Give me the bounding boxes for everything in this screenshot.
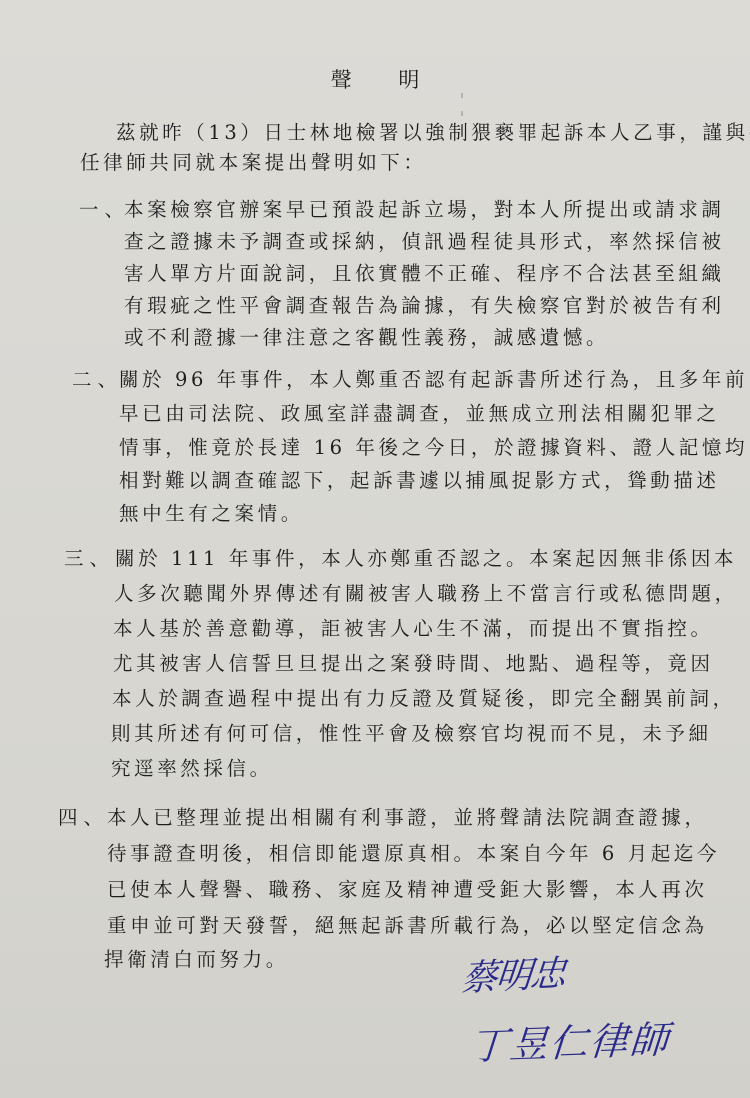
paper-speck (461, 93, 463, 98)
section-line: 則其所述有何可信，惟性平會及檢察官均視而不見，未予細 (111, 722, 712, 746)
section-marker: 四、 (58, 806, 109, 830)
signature-defendant: 蔡明忠 (459, 945, 566, 1001)
paper-speck (461, 111, 463, 116)
section-line: 本人基於善意勸導，詎被害人心生不滿，而提出不實指控。 (113, 617, 714, 641)
section-line: 關於 96 年事件，本人鄭重否認有起訴書所述行為，且多年前 (119, 368, 748, 392)
section-line: 無中生有之案情。 (119, 502, 304, 526)
section-line: 有瑕疵之性平會調查報告為論據，有失檢察官對於被告有利 (124, 294, 725, 318)
section-line: 捍衛清白而努力。 (104, 948, 289, 972)
document-title: 聲 明 (0, 64, 750, 94)
signature-lawyer: 丁昱仁律師 (468, 1009, 672, 1071)
section-line: 人多次聽聞外界傳述有關被害人職務上不當言行或私德問題， (114, 582, 738, 606)
section-line: 查之證據未予調查或採納，偵訊過程徒具形式，率然採信被 (124, 230, 725, 254)
section-marker: 一、 (79, 198, 130, 222)
section-line: 重申並可對天發誓，絕無起訴書所載行為，必以堅定信念為 (107, 914, 708, 938)
section-line: 或不利證據一律注意之客觀性義務，誠感遺憾。 (124, 326, 609, 350)
section-line: 相對難以調查確認下，起訴書遽以捕風捉影方式，聳動描述 (119, 469, 720, 493)
section-line: 本案檢察官辦案早已預設起訴立場，對本人所提出或請求調 (124, 198, 725, 222)
section-line: 究逕率然採信。 (111, 757, 273, 781)
section-marker: 三、 (64, 547, 115, 571)
section-line: 已使本人聲譽、職務、家庭及精神遭受鉅大影響，本人再次 (107, 878, 708, 902)
section-marker: 二、 (72, 368, 123, 392)
section-line: 待事證查明後，相信即能還原真相。本案自今年 6 月起迄今 (107, 842, 720, 866)
section-line: 本人於調查過程中提出有力反證及質疑後，即完全翻異前詞， (112, 687, 736, 711)
section-line: 害人單方片面說詞，且依實體不正確、程序不合法甚至組織 (124, 262, 725, 286)
section-line: 早已由司法院、政風室詳盡調查，並無成立刑法相關犯罪之 (119, 402, 720, 426)
statement-page: 聲 明 茲就昨（13）日士林地檢署以強制猥褻罪起訴本人乙事，謹與委 任律師共同就… (0, 0, 750, 1098)
section-line: 情事，惟竟於長達 16 年後之今日，於證據資料、證人記憶均 (119, 436, 748, 460)
section-line: 關於 111 年事件，本人亦鄭重否認之。本案起因無非係因本 (115, 547, 737, 571)
intro-line: 任律師共同就本案提出聲明如下： (80, 151, 427, 175)
intro-line: 茲就昨（13）日士林地檢署以強制猥褻罪起訴本人乙事，謹與委 (116, 121, 750, 145)
section-line: 本人已整理並提出相關有利事證，並將聲請法院調查證據， (107, 806, 708, 830)
section-line: 尤其被害人信誓旦旦提出之案發時間、地點、過程等，竟因 (113, 652, 714, 676)
